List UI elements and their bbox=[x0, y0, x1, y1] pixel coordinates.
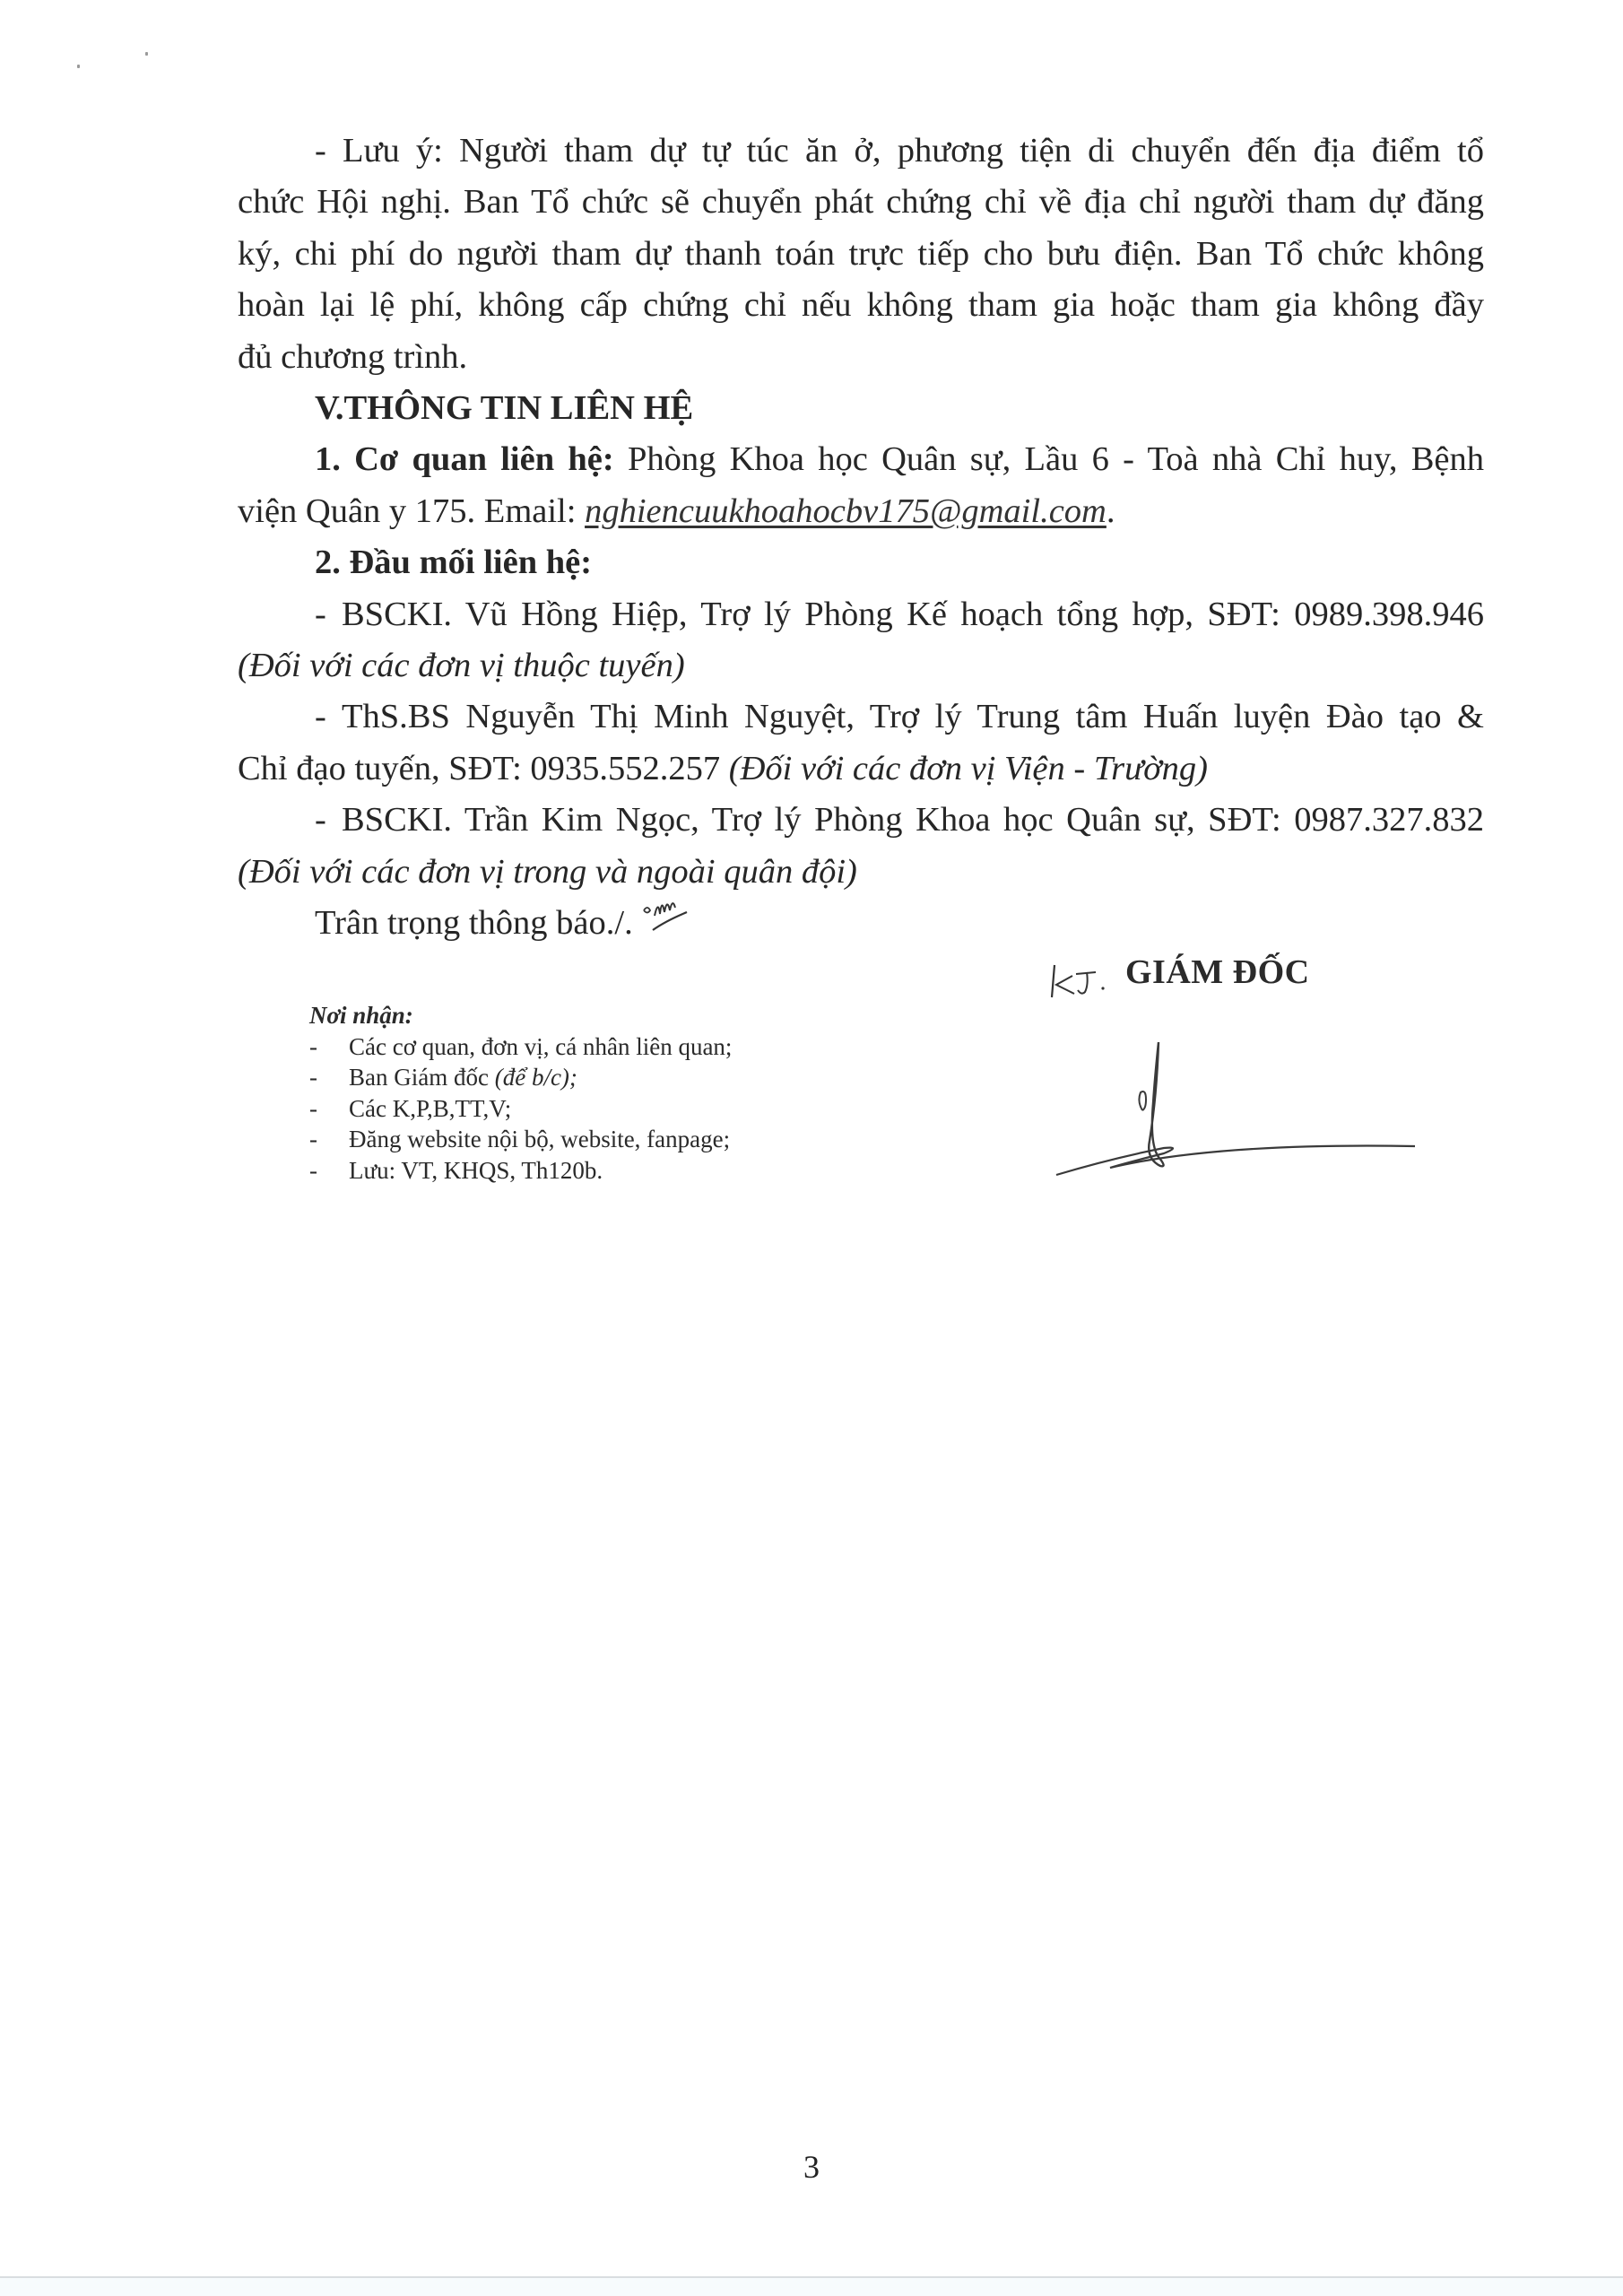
contact-agency-line: 1. Cơ quan liên hệ: Phòng Khoa học Quân … bbox=[238, 434, 1484, 485]
document-body: - Lưu ý: Người tham dự tự túc ăn ở, phươ… bbox=[238, 126, 1484, 950]
contact-point-text: Chỉ đạo tuyến, SĐT: 0935.552.257 bbox=[238, 750, 729, 787]
bullet-dash: - bbox=[315, 589, 342, 640]
contact-agency: 1. Cơ quan liên hệ: Phòng Khoa học Quân … bbox=[238, 434, 1484, 537]
handwritten-kt-icon bbox=[1049, 958, 1121, 1003]
recipients-title: Nơi nhận: bbox=[309, 1000, 732, 1031]
contact-point-item: -ThS.BS Nguyễn Thị Minh Nguyệt, Trợ lý T… bbox=[238, 691, 1484, 795]
contact-point-line: -BSCKI. Vũ Hồng Hiệp, Trợ lý Phòng Kế ho… bbox=[238, 589, 1484, 640]
contact-point-item: -BSCKI. Trần Kim Ngọc, Trợ lý Phòng Khoa… bbox=[238, 795, 1484, 898]
contact-point-line: (Đối với các đơn vị trong và ngoài quân … bbox=[238, 847, 1484, 898]
email-link[interactable]: nghiencuukhoahocbv175@gmail.com bbox=[585, 492, 1107, 530]
recipient-text: Các K,P,B,TT,V; bbox=[349, 1095, 511, 1122]
contact-point-note: (Đối với các đơn vị thuộc tuyến) bbox=[238, 647, 685, 684]
bullet-dash: - bbox=[309, 1031, 349, 1063]
bullet-dash: - bbox=[309, 1093, 349, 1125]
punctuation: . bbox=[1107, 492, 1115, 530]
section-heading: V.THÔNG TIN LIÊN HỆ bbox=[238, 383, 1484, 434]
note-paragraph: - Lưu ý: Người tham dự tự túc ăn ở, phươ… bbox=[238, 126, 1484, 383]
contact-point-text: BSCKI. Trần Kim Ngọc, Trợ lý Phòng Khoa … bbox=[342, 801, 1484, 839]
recipient-item: -Lưu: VT, KHQS, Th120b. bbox=[309, 1155, 732, 1187]
recipient-item: -Đăng website nội bộ, website, fanpage; bbox=[309, 1124, 732, 1155]
contact-point-text: BSCKI. Vũ Hồng Hiệp, Trợ lý Phòng Kế hoạ… bbox=[342, 596, 1484, 633]
signature-icon bbox=[1049, 1022, 1426, 1184]
recipient-item: -Các cơ quan, đơn vị, cá nhân liên quan; bbox=[309, 1031, 732, 1063]
note-line: đủ chương trình. bbox=[238, 332, 1484, 383]
bullet-dash: - bbox=[309, 1062, 349, 1093]
recipient-text: Ban Giám đốc bbox=[349, 1064, 495, 1091]
scan-speck bbox=[77, 65, 80, 68]
scan-edge-tint bbox=[0, 2278, 1623, 2296]
handwritten-initials-icon bbox=[640, 901, 694, 937]
recipients-block: Nơi nhận: -Các cơ quan, đơn vị, cá nhân … bbox=[309, 1000, 732, 1186]
recipient-item: -Ban Giám đốc (để b/c); bbox=[309, 1062, 732, 1093]
bullet-dash: - bbox=[315, 691, 342, 743]
note-line: - Lưu ý: Người tham dự tự túc ăn ở, phươ… bbox=[238, 126, 1484, 177]
bullet-dash: - bbox=[315, 795, 342, 846]
recipient-text: Lưu: VT, KHQS, Th120b. bbox=[349, 1157, 603, 1184]
scan-speck bbox=[145, 52, 148, 56]
signature-block: GIÁM ĐỐC bbox=[1049, 942, 1426, 1184]
note-line: chức Hội nghị. Ban Tổ chức sẽ chuyển phá… bbox=[238, 177, 1484, 228]
note-line: hoàn lại lệ phí, không cấp chứng chỉ nếu… bbox=[238, 280, 1484, 331]
bullet-dash: - bbox=[309, 1155, 349, 1187]
contact-agency-line: viện Quân y 175. Email: nghiencuukhoahoc… bbox=[238, 486, 1484, 537]
closing-text: Trân trọng thông báo./. bbox=[315, 904, 633, 942]
signature-title: GIÁM ĐỐC bbox=[1125, 952, 1310, 992]
contact-point-line: Chỉ đạo tuyến, SĐT: 0935.552.257 (Đối vớ… bbox=[238, 744, 1484, 795]
contact-point-note: (Đối với các đơn vị Viện - Trường) bbox=[729, 750, 1208, 787]
page-number: 3 bbox=[0, 2148, 1623, 2186]
contact-point-line: -ThS.BS Nguyễn Thị Minh Nguyệt, Trợ lý T… bbox=[238, 691, 1484, 743]
contact-point-line: -BSCKI. Trần Kim Ngọc, Trợ lý Phòng Khoa… bbox=[238, 795, 1484, 846]
contact-point-note: (Đối với các đơn vị trong và ngoài quân … bbox=[238, 853, 857, 891]
contact-points-heading: 2. Đầu mối liên hệ: bbox=[238, 537, 1484, 588]
contact-point-line: (Đối với các đơn vị thuộc tuyến) bbox=[238, 640, 1484, 691]
contact-agency-label: 1. Cơ quan liên hệ: bbox=[315, 440, 614, 478]
recipient-text: Đăng website nội bộ, website, fanpage; bbox=[349, 1126, 730, 1152]
contact-agency-text: viện Quân y 175. Email: bbox=[238, 492, 585, 530]
recipient-item: -Các K,P,B,TT,V; bbox=[309, 1093, 732, 1125]
recipient-text: Các cơ quan, đơn vị, cá nhân liên quan; bbox=[349, 1033, 732, 1060]
document-page: - Lưu ý: Người tham dự tự túc ăn ở, phươ… bbox=[0, 0, 1623, 2296]
contact-point-text: ThS.BS Nguyễn Thị Minh Nguyệt, Trợ lý Tr… bbox=[342, 698, 1484, 735]
bullet-dash: - bbox=[309, 1124, 349, 1155]
contact-agency-text: Phòng Khoa học Quân sự, Lầu 6 - Toà nhà … bbox=[614, 440, 1484, 478]
note-line: ký, chi phí do người tham dự thanh toán … bbox=[238, 229, 1484, 280]
recipient-note: (để b/c); bbox=[495, 1064, 577, 1091]
contact-point-item: -BSCKI. Vũ Hồng Hiệp, Trợ lý Phòng Kế ho… bbox=[238, 589, 1484, 692]
